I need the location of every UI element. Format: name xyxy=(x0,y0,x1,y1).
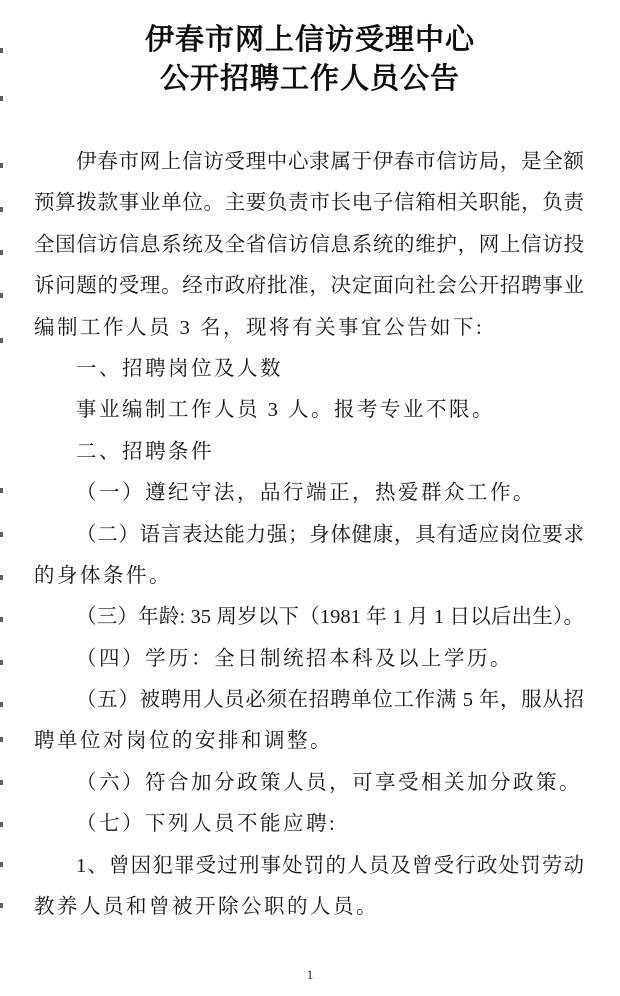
body-line: （七）下列人员不能应聘: xyxy=(34,804,584,845)
scan-speck xyxy=(0,702,3,707)
scan-speck xyxy=(0,617,3,622)
scan-speck xyxy=(0,660,3,665)
body-line: 的身体条件。 xyxy=(34,556,584,597)
document-title: 伊春市网上信访受理中心公开招聘工作人员公告 xyxy=(0,0,620,99)
body-line: （一）遵纪守法，品行端正，热爱群众工作。 xyxy=(34,473,584,514)
document-body: 伊春市网上信访受理中心隶属于伊春市信访局，是全额预算拨款事业单位。主要负责市长电… xyxy=(0,142,620,928)
body-line: 二、招聘条件 xyxy=(34,432,584,473)
scan-speck xyxy=(0,737,3,742)
body-line: 一、招聘岗位及人数 xyxy=(34,349,584,390)
body-line: （六）符合加分政策人员，可享受相关加分政策。 xyxy=(34,763,584,804)
scan-speck xyxy=(0,338,3,343)
body-line: 1、曾因犯罪受过刑事处罚的人员及曾受行政处罚劳动 xyxy=(34,846,584,887)
document-page: 伊春市网上信访受理中心公开招聘工作人员公告 伊春市网上信访受理中心隶属于伊春市信… xyxy=(0,0,620,996)
body-line: （五）被聘用人员必须在招聘单位工作满 5 年，服从招 xyxy=(34,680,584,721)
body-line: 编制工作人员 3 名，现将有关事宜公告如下: xyxy=(34,308,584,349)
body-line: 事业编制工作人员 3 人。报考专业不限。 xyxy=(34,390,584,431)
body-line: 预算拨款事业单位。主要负责市长电子信箱相关职能，负责 xyxy=(34,183,584,224)
body-line: 教养人员和曾被开除公职的人员。 xyxy=(34,887,584,928)
scan-speck xyxy=(0,822,3,827)
body-line: （三）年龄: 35 周岁以下（1981 年 1 月 1 日以后出生）。 xyxy=(34,597,584,638)
scan-speck xyxy=(0,780,3,785)
scan-speck xyxy=(0,903,3,908)
scan-speck xyxy=(0,207,3,212)
scan-speck xyxy=(0,575,3,580)
body-line: 诉问题的受理。经市政府批准，决定面向社会公开招聘事业 xyxy=(34,266,584,307)
body-line: 全国信访信息系统及全省信访信息系统的维护，网上信访投 xyxy=(34,225,584,266)
page-number: 1 xyxy=(0,967,620,983)
document-title-line: 公开招聘工作人员公告 xyxy=(0,60,620,99)
scan-speck xyxy=(0,163,3,168)
scan-speck xyxy=(0,48,3,53)
body-line: 聘单位对岗位的安排和调整。 xyxy=(34,721,584,762)
scan-speck xyxy=(0,532,3,537)
body-line: 伊春市网上信访受理中心隶属于伊春市信访局，是全额 xyxy=(34,142,584,183)
scan-speck xyxy=(0,488,3,493)
scan-speck xyxy=(0,250,3,255)
scan-speck xyxy=(0,862,3,867)
body-line: （二）语言表达能力强；身体健康，具有适应岗位要求 xyxy=(34,515,584,556)
document-title-line: 伊春市网上信访受理中心 xyxy=(0,21,620,60)
scan-speck xyxy=(0,96,3,101)
body-line: （四）学历：全日制统招本科及以上学历。 xyxy=(34,639,584,680)
scan-speck xyxy=(0,293,3,298)
